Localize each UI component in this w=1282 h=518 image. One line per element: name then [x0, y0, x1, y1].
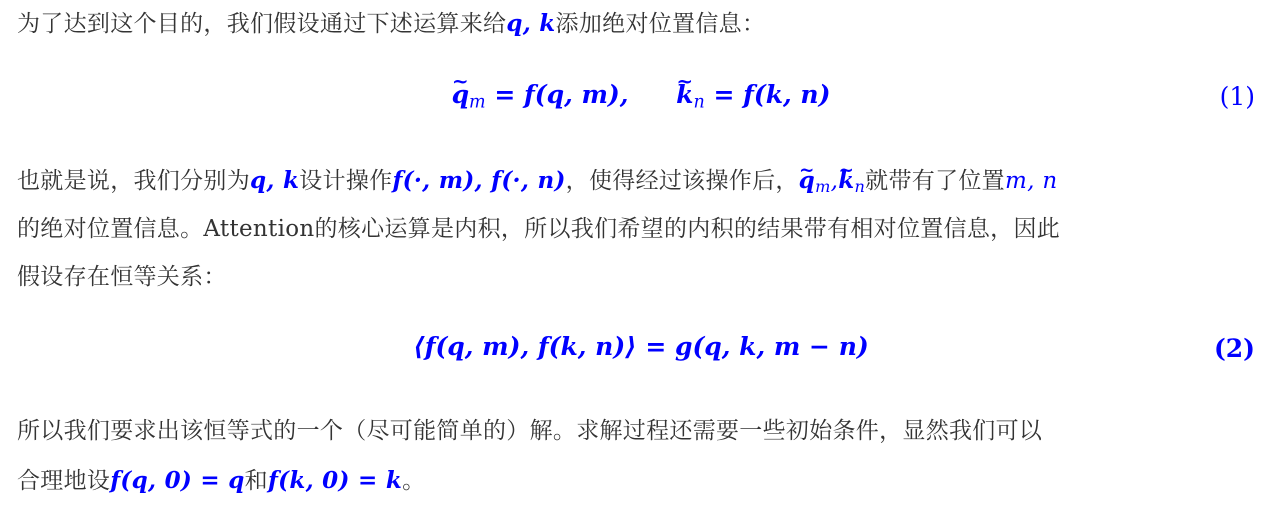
text: 就带有了位置: [865, 168, 1005, 194]
paragraph-explanation-line-3: 假设存在恒等关系：: [17, 254, 227, 300]
equation-number-1: (1): [1220, 82, 1255, 111]
paragraph-explanation-line-1: 也就是说，我们分别为q, k设计操作f(·, m), f(·, n)，使得经过该…: [17, 158, 1057, 210]
q-tilde: q: [452, 80, 469, 109]
math-q-k: q, k: [250, 167, 299, 194]
k-tilde: k: [676, 80, 693, 109]
text: 合理地设: [17, 468, 110, 494]
text: 的核心运算是内积，所以我们希望的内积的结果带有相对位置信息，因此: [314, 216, 1060, 242]
text: 也就是说，我们分别为: [17, 168, 250, 194]
equation-2: ⟨f(q, m), f(k, n)⟩ = g(q, k, m − n): [0, 332, 1282, 361]
equation-1: qm = f(q, m), kn = f(k, n): [0, 80, 1282, 112]
eq2-expression: ⟨f(q, m), f(k, n)⟩ = g(q, k, m − n): [413, 332, 868, 361]
equation-number-2: (2): [1214, 334, 1255, 363]
math-k-tilde: k: [838, 158, 854, 204]
math-sub-n: n: [855, 177, 866, 196]
text: 。: [402, 468, 425, 494]
paragraph-conclusion-line-1: 所以我们要求出该恒等式的一个（尽可能简单的）解。求解过程还需要一些初始条件，显然…: [17, 408, 1042, 454]
attention-word: Attention: [203, 216, 314, 242]
paragraph-intro: 为了达到这个目的，我们假设通过下述运算来给q, k添加绝对位置信息：: [17, 1, 765, 47]
math-q-tilde: q: [799, 158, 815, 204]
paragraph-conclusion-line-2: 合理地设f(q, 0) = q和f(k, 0) = k。: [17, 458, 425, 504]
math-operations: f(·, m), f(·, n): [392, 167, 565, 194]
text: 设计操作: [299, 168, 392, 194]
text: 所以我们要求出该恒等式的一个（尽可能简单的）解。求解过程还需要一些初始条件，显然…: [17, 418, 1042, 444]
eq1-rhs1: = f(q, m),: [486, 80, 629, 109]
text: 假设存在恒等关系：: [17, 264, 227, 290]
math-initial-q: f(q, 0) = q: [110, 467, 244, 494]
math-sub-m: m: [815, 177, 831, 196]
intro-text: 为了达到这个目的，我们假设通过下述运算来给: [17, 11, 506, 37]
text: 的绝对位置信息。: [17, 216, 203, 242]
math-q-k: q, k: [506, 10, 555, 37]
math-comma: ,: [831, 168, 839, 194]
intro-text-end: 添加绝对位置信息：: [556, 11, 766, 37]
eq1-rhs2: = f(k, n): [705, 80, 831, 109]
text: ，使得经过该操作后，: [566, 168, 799, 194]
math-m-n: m, n: [1005, 168, 1057, 194]
paragraph-explanation-line-2: 的绝对位置信息。Attention的核心运算是内积，所以我们希望的内积的结果带有…: [17, 206, 1060, 252]
math-initial-k: f(k, 0) = k: [268, 467, 402, 494]
text: 和: [245, 468, 268, 494]
